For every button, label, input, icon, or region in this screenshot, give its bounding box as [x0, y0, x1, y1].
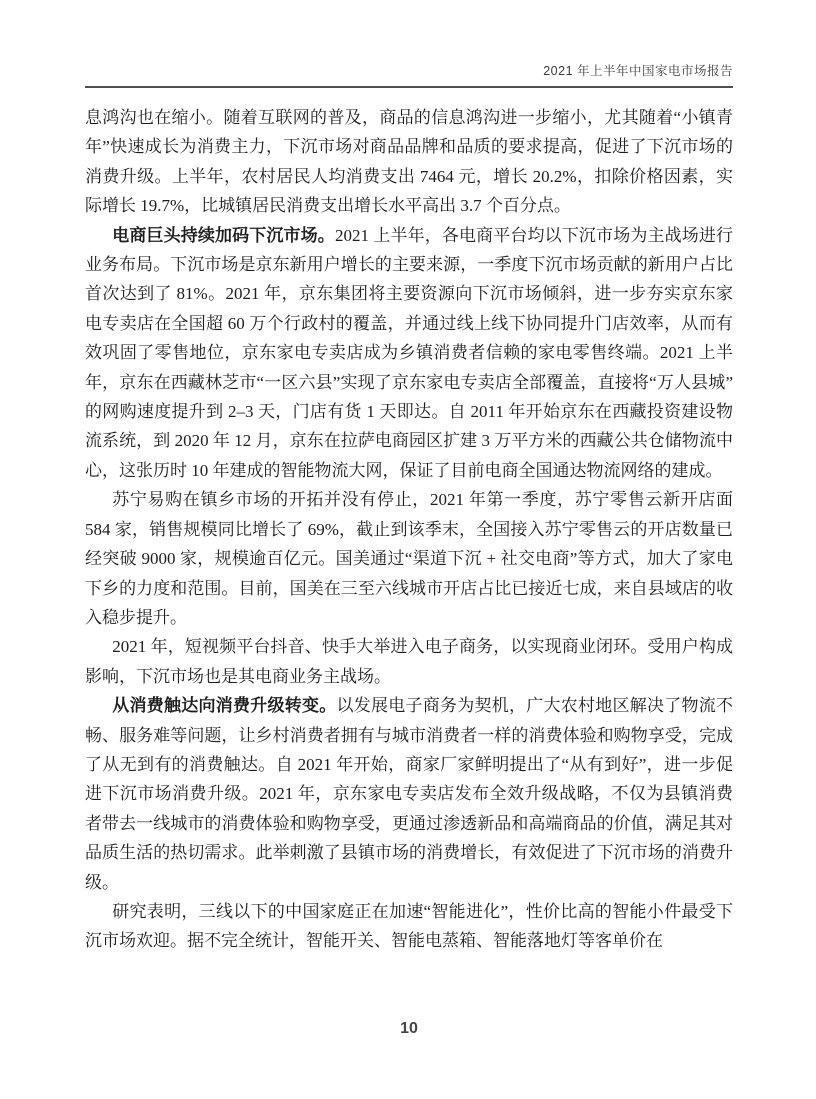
running-header-title: 2021 年上半年中国家电市场报告	[85, 61, 733, 79]
paragraph: 2021 年，短视频平台抖音、快手大举进入电子商务，以实现商业闭环。受用户构成影…	[85, 632, 733, 691]
paragraph-lead: 从消费触达向消费升级转变。	[112, 696, 336, 715]
page-body: 息鸿沟也在缩小。随着互联网的普及，商品的信息鸿沟进一步缩小，尤其随着“小镇青年”…	[85, 103, 733, 956]
paragraph-text: 2021 上半年，各电商平台均以下沉市场为主战场进行业务布局。下沉市场是京东新用…	[85, 226, 733, 480]
paragraph: 息鸿沟也在缩小。随着互联网的普及，商品的信息鸿沟进一步缩小，尤其随着“小镇青年”…	[85, 103, 733, 221]
paragraph-text: 以发展电子商务为契机，广大农村地区解决了物流不畅、服务难等问题，让乡村消费者拥有…	[85, 696, 733, 891]
paragraph: 研究表明，三线以下的中国家庭正在加速“智能进化”，性价比高的智能小件最受下沉市场…	[85, 897, 733, 956]
page-number: 10	[85, 1020, 733, 1038]
paragraph: 电商巨头持续加码下沉市场。2021 上半年，各电商平台均以下沉市场为主战场进行业…	[85, 221, 733, 486]
paragraph-text: 苏宁易购在镇乡市场的开拓并没有停止，2021 年第一季度，苏宁零售云新开店面 5…	[85, 490, 733, 627]
paragraph-text: 2021 年，短视频平台抖音、快手大举进入电子商务，以实现商业闭环。受用户构成影…	[85, 637, 733, 685]
header-divider	[85, 86, 733, 88]
paragraph-lead: 电商巨头持续加码下沉市场。	[112, 226, 335, 245]
paragraph: 苏宁易购在镇乡市场的开拓并没有停止，2021 年第一季度，苏宁零售云新开店面 5…	[85, 485, 733, 632]
document-page: 2021 年上半年中国家电市场报告 息鸿沟也在缩小。随着互联网的普及，商品的信息…	[0, 0, 816, 1099]
paragraph-text: 息鸿沟也在缩小。随着互联网的普及，商品的信息鸿沟进一步缩小，尤其随着“小镇青年”…	[85, 108, 733, 215]
paragraph: 从消费触达向消费升级转变。以发展电子商务为契机，广大农村地区解决了物流不畅、服务…	[85, 691, 733, 897]
paragraph-text: 研究表明，三线以下的中国家庭正在加速“智能进化”，性价比高的智能小件最受下沉市场…	[85, 902, 733, 950]
